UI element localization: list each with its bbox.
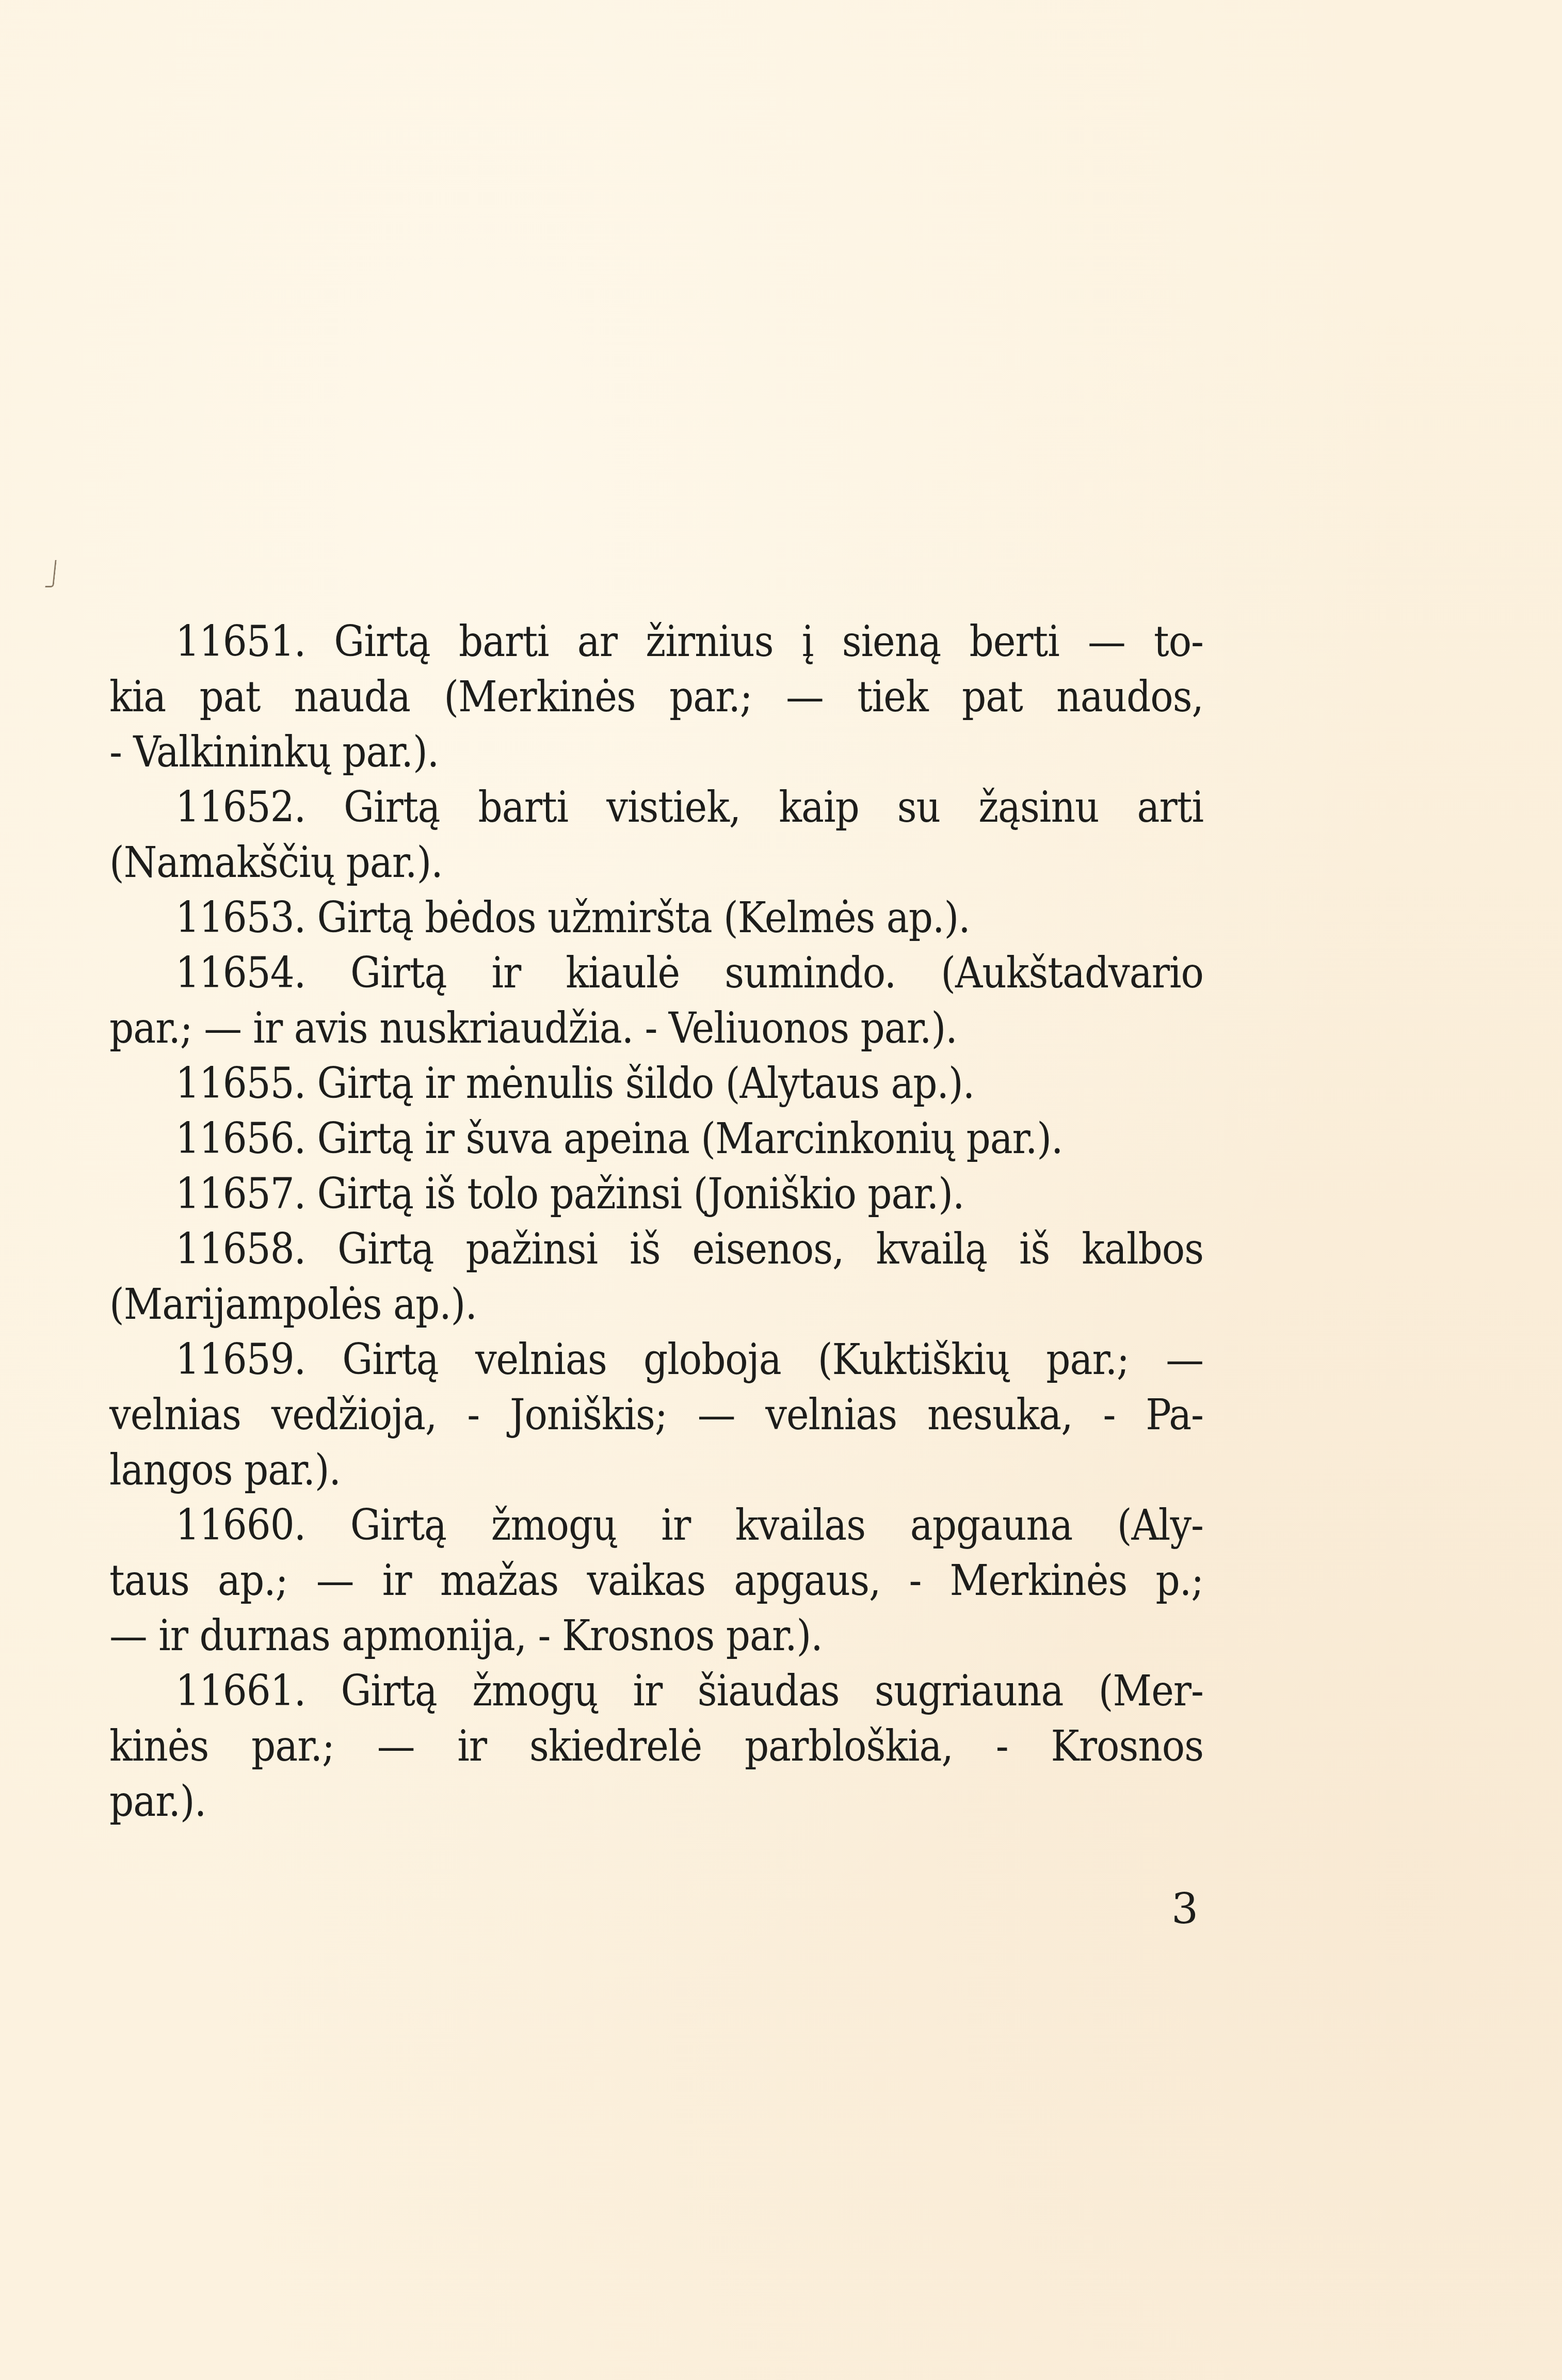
entry-11659-line-2: velnias vedžioja, - Joniškis; — velnias … (109, 1387, 1203, 1443)
entry-11660-line-2: taus ap.; — ir mažas vaikas apgaus, - Me… (109, 1553, 1203, 1608)
entry-11651-line-1: 11651. Girtą barti ar žirnius į sieną be… (109, 614, 1203, 669)
entry-11659-line-3: langos par.). (109, 1443, 1203, 1498)
entry-11654-line-1: 11654. Girtą ir kiaulė sumindo. (Aukštad… (109, 946, 1203, 1001)
entry-11659-line-1: 11659. Girtą velnias globoja (Kuktiškių … (109, 1332, 1203, 1387)
entry-11660-line-3: — ir durnas apmonija, - Krosnos par.). (109, 1608, 1203, 1664)
entry-11660-line-1: 11660. Girtą žmogų ir kvailas apgauna (A… (109, 1498, 1203, 1553)
entry-11654-line-2: par.; — ir avis nuskriaudžia. - Veliuono… (109, 1001, 1203, 1056)
entry-11652-line-2: (Namakščių par.). (109, 835, 1203, 890)
entry-11661-line-3: par.). (109, 1774, 1203, 1829)
entry-11653-line-1: 11653. Girtą bėdos užmiršta (Kelmės ap.)… (109, 890, 1203, 946)
entry-11658-line-1: 11658. Girtą pažinsi iš eisenos, kvailą … (109, 1222, 1203, 1277)
entry-11661-line-2: kinės par.; — ir skiedrelė parbloškia, -… (109, 1719, 1203, 1774)
entry-11656-line-1: 11656. Girtą ir šuva apeina (Marcinkonių… (109, 1111, 1203, 1167)
entry-11658-line-2: (Marijampolės ap.). (109, 1277, 1203, 1332)
stray-pencil-mark (45, 560, 57, 587)
entry-11657-line-1: 11657. Girtą iš tolo pažinsi (Joniškio p… (109, 1167, 1203, 1222)
book-page: 11651. Girtą barti ar žirnius į sieną be… (0, 0, 1562, 2380)
page-number: 3 (1171, 1884, 1198, 1936)
entry-11651-line-2: kia pat nauda (Merkinės par.; — tiek pat… (109, 669, 1203, 725)
entry-11661-line-1: 11661. Girtą žmogų ir šiaudas sugriauna … (109, 1664, 1203, 1719)
entry-11651-line-3: - Valkininkų par.). (109, 725, 1203, 780)
entry-11655-line-1: 11655. Girtą ir mėnulis šildo (Alytaus a… (109, 1056, 1203, 1111)
entry-11652-line-1: 11652. Girtą barti vistiek, kaip su žąsi… (109, 780, 1203, 835)
proverb-list: 11651. Girtą barti ar žirnius į sieną be… (109, 614, 1203, 1829)
